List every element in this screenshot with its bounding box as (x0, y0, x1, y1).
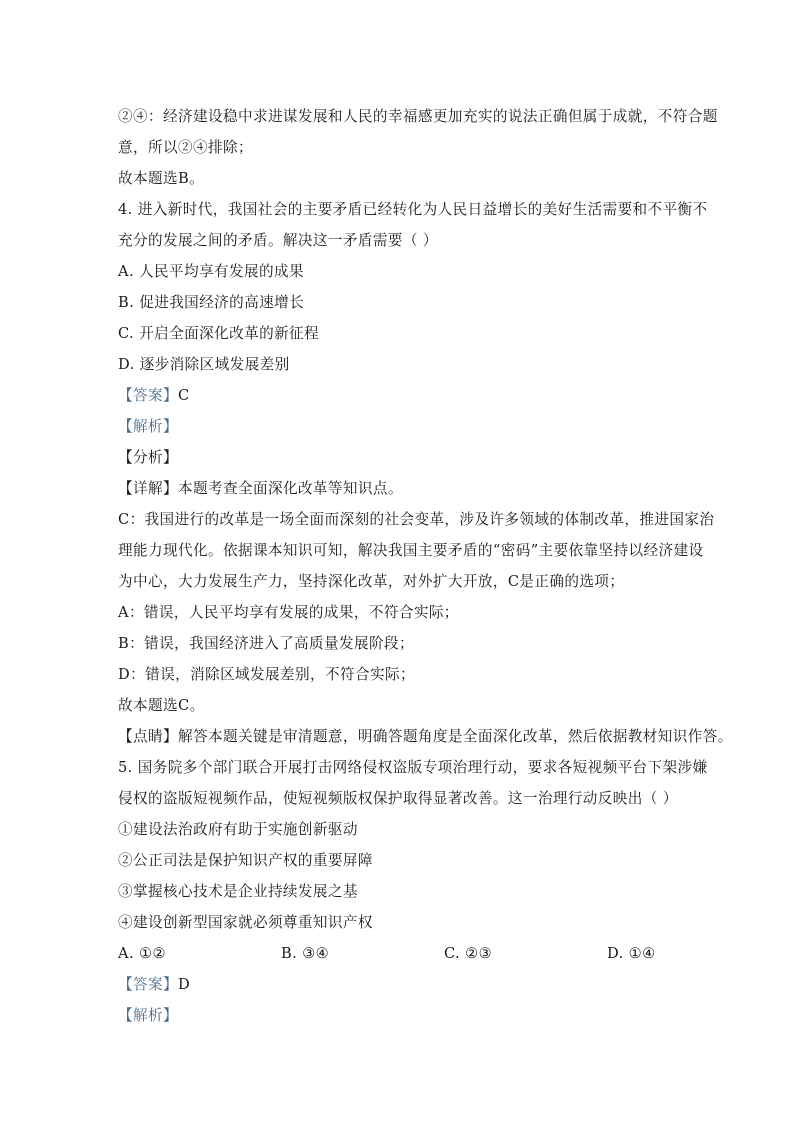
q4-explanation-line-1: C：我国进行的改革是一场全面而深刻的社会变革，涉及许多领域的体制改革，推进国家治 (118, 504, 678, 535)
prev-explanation-line-1: ②④：经济建设稳中求进谋发展和人民的幸福感更加充实的说法正确但属于成就，不符合题 (118, 101, 678, 132)
document-page: ②④：经济建设稳中求进谋发展和人民的幸福感更加充实的说法正确但属于成就，不符合题… (118, 101, 678, 1031)
q5-stem-line-1: 5. 国务院多个部门联合开展打击网络侵权盗版专项治理行动，要求各短视频平台下架涉… (118, 752, 678, 783)
q4-dianjing-label: 【点睛】 (118, 728, 178, 745)
q4-answer: 【答案】C (118, 380, 678, 411)
q4-detail-text: 本题考查全面深化改革等知识点。 (178, 480, 403, 497)
q4-detail-label: 【详解】 (118, 480, 178, 497)
q5-choice-d: D. ①④ (607, 938, 656, 969)
q4-stem-line-2: 充分的发展之间的矛盾。解决这一矛盾需要（ ） (118, 225, 678, 256)
q4-answer-value: C (178, 387, 190, 404)
q5-statement-2: ②公正司法是保护知识产权的重要屏障 (118, 845, 678, 876)
q5-answer-label: 【答案】 (118, 976, 178, 993)
q4-explanation-line-4: A：错误，人民平均享有发展的成果，不符合实际； (118, 597, 678, 628)
q4-explanation-line-5: B：错误，我国经济进入了高质量发展阶段； (118, 628, 678, 659)
q5-choices: A. ①② B. ③④ C. ②③ D. ①④ (118, 938, 678, 969)
q4-option-b: B. 促进我国经济的高速增长 (118, 287, 678, 318)
q5-stem-line-2: 侵权的盗版短视频作品，使短视频版权保护取得显著改善。这一治理行动反映出（ ） (118, 783, 678, 814)
q4-conclusion: 故本题选C。 (118, 690, 678, 721)
q4-stem-line-1: 4. 进入新时代，我国社会的主要矛盾已经转化为人民日益增长的美好生活需要和不平衡… (118, 194, 678, 225)
q5-analysis-heading: 【解析】 (118, 1000, 678, 1031)
q4-option-c: C. 开启全面深化改革的新征程 (118, 318, 678, 349)
q5-answer: 【答案】D (118, 969, 678, 1000)
q5-choice-b: B. ③④ (281, 938, 444, 969)
q4-answer-label: 【答案】 (118, 387, 178, 404)
q4-analysis-label: 【解析】 (118, 418, 178, 435)
q5-statement-4: ④建设创新型国家就必须尊重知识产权 (118, 907, 678, 938)
q4-option-d: D. 逐步消除区域发展差别 (118, 349, 678, 380)
q5-choice-c: C. ②③ (444, 938, 607, 969)
q4-detail: 【详解】本题考查全面深化改革等知识点。 (118, 473, 678, 504)
prev-explanation-line-2: 意，所以②④排除； (118, 132, 678, 163)
q5-answer-value: D (178, 976, 190, 993)
prev-conclusion: 故本题选B。 (118, 163, 678, 194)
q5-statement-1: ①建设法治政府有助于实施创新驱动 (118, 814, 678, 845)
q4-analysis-heading: 【解析】 (118, 411, 678, 442)
q5-statement-3: ③掌握核心技术是企业持续发展之基 (118, 876, 678, 907)
q5-choice-a: A. ①② (118, 938, 281, 969)
q4-dianjing-text: 解答本题关键是审清题意，明确答题角度是全面深化改革，然后依据教材知识作答。 (178, 728, 733, 745)
q4-fenxi-label: 【分析】 (118, 449, 178, 466)
q5-analysis-label: 【解析】 (118, 1007, 178, 1024)
q4-explanation-line-6: D：错误，消除区域发展差别，不符合实际； (118, 659, 678, 690)
q4-fenxi-heading: 【分析】 (118, 442, 678, 473)
q4-explanation-line-2: 理能力现代化。依据课本知识可知，解决我国主要矛盾的“密码”主要依靠坚持以经济建设 (118, 535, 678, 566)
q4-dianjing: 【点睛】解答本题关键是审清题意，明确答题角度是全面深化改革，然后依据教材知识作答… (118, 721, 678, 752)
q4-option-a: A. 人民平均享有发展的成果 (118, 256, 678, 287)
q4-explanation-line-3: 为中心，大力发展生产力，坚持深化改革，对外扩大开放，C是正确的选项； (118, 566, 678, 597)
